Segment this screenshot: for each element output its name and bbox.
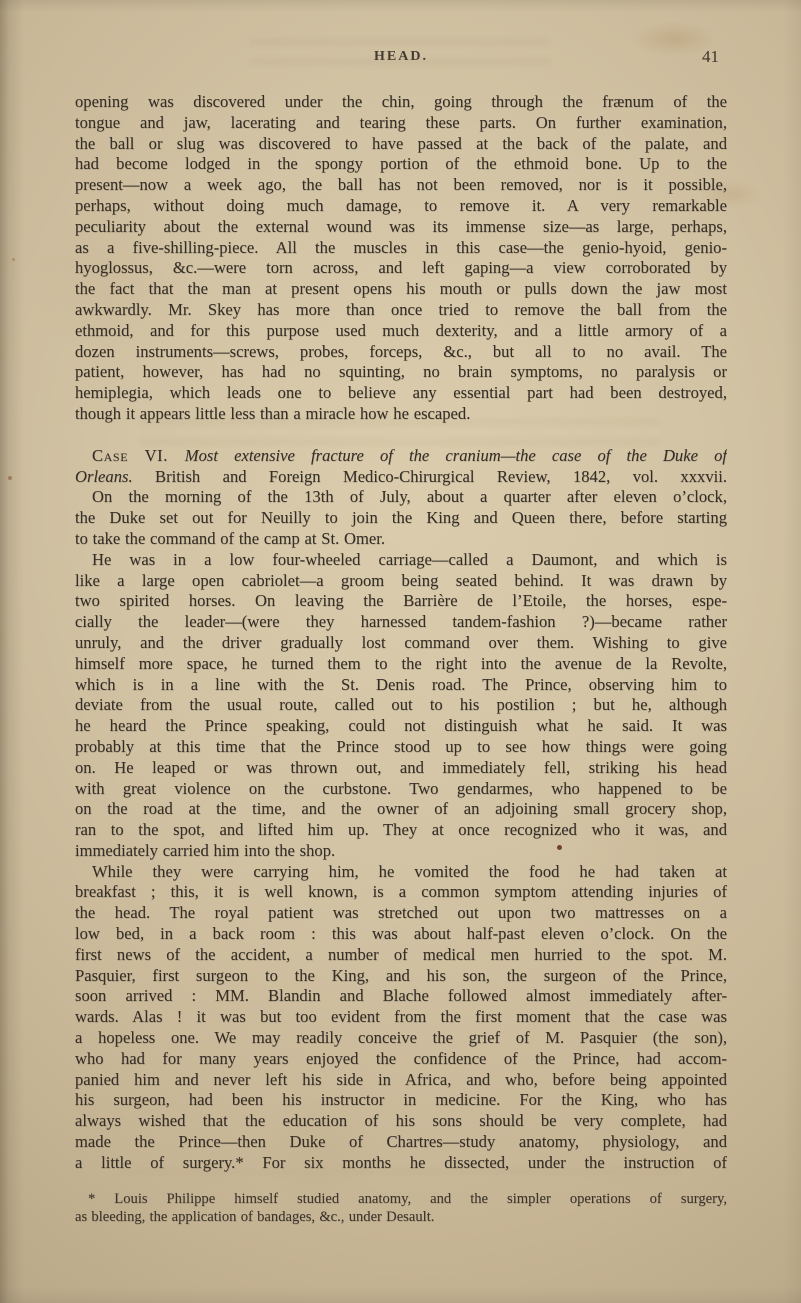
ink-speck	[8, 476, 12, 480]
text-line: soon arrived : MM. Blandin and Blache fo…	[75, 986, 727, 1007]
running-title: HEAD.	[75, 49, 727, 65]
text-segment: hyoglossus, &c.—were torn across, and le…	[75, 258, 727, 277]
text-line: tongue and jaw, lacerating and tearing t…	[75, 113, 727, 134]
ink-speck	[12, 258, 15, 261]
text-line: cially the leader—(were they harnessed t…	[75, 612, 727, 633]
text-segment: to take the command of the camp at St. O…	[75, 529, 385, 548]
text-segment: though it appears little less than a mir…	[75, 404, 470, 423]
text-line: perhaps, without doing much damage, to r…	[75, 196, 727, 217]
text-line: the fact that the man at present opens h…	[75, 279, 727, 300]
text-line: ethmoid, and for this purpose used much …	[75, 321, 727, 342]
text-line: opening was discovered under the chin, g…	[75, 92, 727, 113]
text-line: who had for many years enjoyed the confi…	[75, 1049, 727, 1070]
text-line: awkwardly. Mr. Skey has more than once t…	[75, 300, 727, 321]
paragraph: He was in a low four-wheeled carriage—ca…	[75, 550, 727, 862]
text-segment: soon arrived : MM. Blandin and Blache fo…	[75, 986, 727, 1005]
text-segment: * Louis Philippe himself studied anatomy…	[88, 1191, 727, 1207]
text-segment: ran to the spot, and lifted him up. They…	[75, 820, 727, 839]
text-segment: perhaps, without doing much damage, to r…	[75, 196, 727, 215]
text-line: hyoglossus, &c.—were torn across, and le…	[75, 258, 727, 279]
text-line: On the morning of the 13th of July, abou…	[75, 487, 727, 508]
paragraph: On the morning of the 13th of July, abou…	[75, 487, 727, 549]
text-line: had become lodged in the spongy portion …	[75, 154, 727, 175]
text-line: though it appears little less than a mir…	[75, 404, 727, 425]
text-segment: made the Prince—then Duke of Chartres—st…	[75, 1132, 727, 1151]
text-line: peculiarity about the external wound was…	[75, 217, 727, 238]
text-line: present—now a week ago, the ball has not…	[75, 175, 727, 196]
text-segment: Pasquier, first surgeon to the King, and…	[75, 966, 727, 985]
text-segment: peculiarity about the external wound was…	[75, 217, 727, 236]
text-line: on. He leaped or was thrown out, and imm…	[75, 758, 727, 779]
text-line: a little of surgery.* For six months he …	[75, 1153, 727, 1174]
text-line: his surgeon, had been his instructor in …	[75, 1090, 727, 1111]
text-line: as bleeding, the application of bandages…	[75, 1209, 727, 1227]
text-line: to take the command of the camp at St. O…	[75, 529, 727, 550]
paragraph: opening was discovered under the chin, g…	[75, 92, 727, 425]
text-segment: himself more space, he turned them to th…	[75, 654, 727, 673]
text-segment: patient, however, has had no squinting, …	[75, 362, 727, 381]
page-number: 41	[702, 47, 719, 67]
text-segment: deviate from the usual route, called out…	[75, 695, 727, 714]
text-line: * Louis Philippe himself studied anatomy…	[75, 1191, 727, 1209]
text-segment: immediately carried him into the shop.	[75, 841, 335, 860]
text-segment: While they were carrying him, he vomited…	[92, 862, 727, 881]
text-segment: opening was discovered under the chin, g…	[75, 92, 727, 111]
text-segment: he heard the Prince speaking, could not …	[75, 716, 727, 735]
running-header: HEAD. 41	[75, 49, 727, 71]
text-line: Orleans. British and Foreign Medico-Chir…	[75, 467, 727, 488]
text-line: himself more space, he turned them to th…	[75, 654, 727, 675]
text-line: ran to the spot, and lifted him up. They…	[75, 820, 727, 841]
text-segment: Most extensive fracture of the cranium—t…	[185, 446, 727, 465]
text-line: the Duke set out for Neuilly to join the…	[75, 508, 727, 529]
text-line: like a large open cabriolet—a groom bein…	[75, 571, 727, 592]
text-line: Pasquier, first surgeon to the King, and…	[75, 966, 727, 987]
text-segment: present—now a week ago, the ball has not…	[75, 175, 727, 194]
text-segment: probably at this time that the Prince st…	[75, 737, 727, 756]
text-segment: had become lodged in the spongy portion …	[75, 154, 727, 173]
text-segment: wards. Alas ! it was but too evident fro…	[75, 1007, 727, 1026]
text-line: he heard the Prince speaking, could not …	[75, 716, 727, 737]
text-line: patient, however, has had no squinting, …	[75, 362, 727, 383]
text-line: wards. Alas ! it was but too evident fro…	[75, 1007, 727, 1028]
text-line: as a five-shilling-piece. All the muscle…	[75, 238, 727, 259]
text-line: immediately carried him into the shop.	[75, 841, 727, 862]
text-segment: Orleans.	[75, 467, 155, 486]
text-line: the ball or slug was discovered to have …	[75, 134, 727, 155]
text-segment: two spirited horses. On leaving the Barr…	[75, 591, 727, 610]
text-line: always wished that the education of his …	[75, 1111, 727, 1132]
text-line: with great violence on the curbstone. Tw…	[75, 779, 727, 800]
text-segment: his surgeon, had been his instructor in …	[75, 1090, 727, 1109]
text-segment: On the morning of the 13th of July, abou…	[92, 487, 727, 506]
text-line: probably at this time that the Prince st…	[75, 737, 727, 758]
text-line: unruly, and the driver gradually lost co…	[75, 633, 727, 654]
text-line: breakfast ; this, it is well known, is a…	[75, 882, 727, 903]
text-line: first news of the accident, a number of …	[75, 945, 727, 966]
text-line: Case VI. Most extensive fracture of the …	[75, 446, 727, 467]
paragraph: Case VI. Most extensive fracture of the …	[75, 446, 727, 488]
text-segment: ethmoid, and for this purpose used much …	[75, 321, 727, 340]
text-segment: unruly, and the driver gradually lost co…	[75, 633, 727, 652]
text-line: dozen instruments—screws, probes, forcep…	[75, 342, 727, 363]
text-segment: who had for many years enjoyed the confi…	[75, 1049, 727, 1068]
text-segment: hemiplegia, which leads one to believe a…	[75, 383, 727, 402]
text-segment: He was in a low four-wheeled carriage—ca…	[92, 550, 727, 569]
text-segment: first news of the accident, a number of …	[75, 945, 727, 964]
text-block: opening was discovered under the chin, g…	[75, 92, 727, 1174]
text-line: hemiplegia, which leads one to believe a…	[75, 383, 727, 404]
text-segment: a hopeless one. We may readily conceive …	[75, 1028, 727, 1047]
text-line: the head. The royal patient was stretche…	[75, 903, 727, 924]
text-segment: cially the leader—(were they harnessed t…	[75, 612, 727, 631]
text-segment: always wished that the education of his …	[75, 1111, 727, 1130]
text-segment: which is in a line with the St. Denis ro…	[75, 675, 727, 694]
text-segment: the Duke set out for Neuilly to join the…	[75, 508, 727, 527]
text-line: panied him and never left his side in Af…	[75, 1070, 727, 1091]
text-segment: tongue and jaw, lacerating and tearing t…	[75, 113, 727, 132]
text-segment: on. He leaped or was thrown out, and imm…	[75, 758, 727, 777]
text-line: low bed, in a back room : this was about…	[75, 924, 727, 945]
text-line: two spirited horses. On leaving the Barr…	[75, 591, 727, 612]
text-segment: breakfast ; this, it is well known, is a…	[75, 882, 727, 901]
text-line: While they were carrying him, he vomited…	[75, 862, 727, 883]
text-line: which is in a line with the St. Denis ro…	[75, 675, 727, 696]
text-segment: like a large open cabriolet—a groom bein…	[75, 571, 727, 590]
text-line: on the road at the time, and the owner o…	[75, 799, 727, 820]
footnote: * Louis Philippe himself studied anatomy…	[75, 1191, 727, 1227]
text-line: He was in a low four-wheeled carriage—ca…	[75, 550, 727, 571]
text-segment: as bleeding, the application of bandages…	[75, 1209, 434, 1225]
text-segment: the head. The royal patient was stretche…	[75, 903, 727, 922]
text-line: deviate from the usual route, called out…	[75, 695, 727, 716]
text-segment: dozen instruments—screws, probes, forcep…	[75, 342, 727, 361]
text-segment: as a five-shilling-piece. All the muscle…	[75, 238, 727, 257]
text-segment: a little of surgery.* For six months he …	[75, 1153, 727, 1172]
book-page: HEAD. 41 opening was discovered under th…	[0, 0, 801, 1303]
text-segment: British and Foreign Medico-Chirurgical R…	[155, 467, 727, 486]
text-segment: the ball or slug was discovered to have …	[75, 134, 727, 153]
text-segment: the fact that the man at present opens h…	[75, 279, 727, 298]
text-segment: awkwardly. Mr. Skey has more than once t…	[75, 300, 727, 319]
text-segment: with great violence on the curbstone. Tw…	[75, 779, 727, 798]
text-segment: Case VI.	[92, 446, 185, 465]
text-line: made the Prince—then Duke of Chartres—st…	[75, 1132, 727, 1153]
text-segment: low bed, in a back room : this was about…	[75, 924, 727, 943]
text-line: a hopeless one. We may readily conceive …	[75, 1028, 727, 1049]
text-segment: panied him and never left his side in Af…	[75, 1070, 727, 1089]
text-segment: on the road at the time, and the owner o…	[75, 799, 727, 818]
paragraph: While they were carrying him, he vomited…	[75, 862, 727, 1174]
